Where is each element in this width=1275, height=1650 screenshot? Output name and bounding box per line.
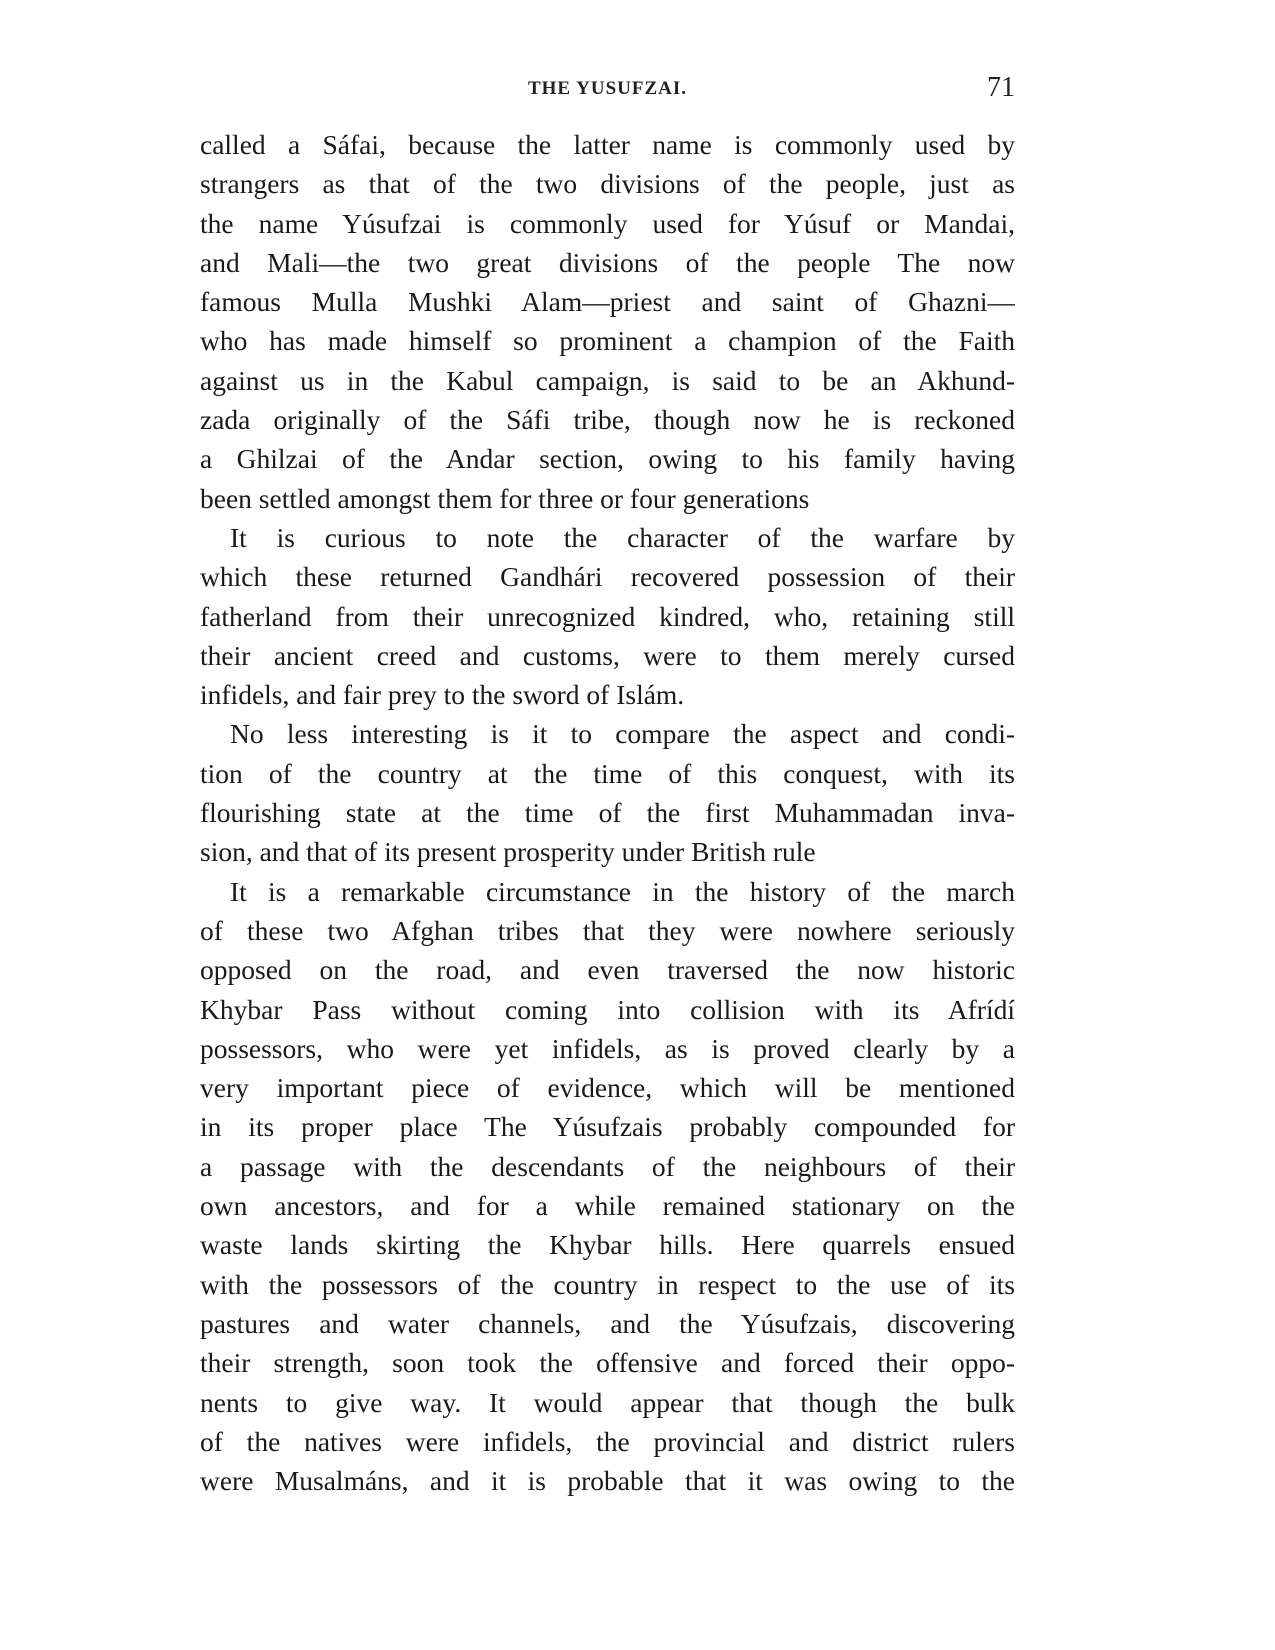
text-line: It is a remarkable circumstance in the h… [200, 872, 1015, 911]
text-line: a Ghilzai of the Andar section, owing to… [200, 439, 1015, 478]
text-line: a passage with the descendants of the ne… [200, 1147, 1015, 1186]
text-line: opposed on the road, and even traversed … [200, 950, 1015, 989]
page-number: 71 [987, 72, 1015, 104]
text-line: nents to give way. It would appear that … [200, 1383, 1015, 1422]
text-line: possessors, who were yet infidels, as is… [200, 1029, 1015, 1068]
running-head: THE YUSUFZAI. 71 [200, 74, 1015, 104]
text-line: of these two Afghan tribes that they wer… [200, 911, 1015, 950]
text-line: been settled amongst them for three or f… [200, 479, 1015, 518]
paragraph-1: called a Sáfai, because the latter name … [200, 125, 1015, 518]
text-line: in its proper place The Yúsufzais probab… [200, 1107, 1015, 1146]
text-line: own ancestors, and for a while remained … [200, 1186, 1015, 1225]
text-line: their ancient creed and customs, were to… [200, 636, 1015, 675]
text-line: Khybar Pass without coming into collisio… [200, 990, 1015, 1029]
text-line: the name Yúsufzai is commonly used for Y… [200, 204, 1015, 243]
text-line: waste lands skirting the Khybar hills. H… [200, 1225, 1015, 1264]
text-line: of the natives were infidels, the provin… [200, 1422, 1015, 1461]
text-line: strangers as that of the two divisions o… [200, 164, 1015, 203]
text-line: flourishing state at the time of the fir… [200, 793, 1015, 832]
text-line: with the possessors of the country in re… [200, 1265, 1015, 1304]
text-line: tion of the country at the time of this … [200, 754, 1015, 793]
text-line: which these returned Gandhári recovered … [200, 557, 1015, 596]
text-line: who has made himself so prominent a cham… [200, 321, 1015, 360]
text-line: and Mali—the two great divisions of the … [200, 243, 1015, 282]
paragraph-3: No less interesting is it to compare the… [200, 714, 1015, 871]
text-line: No less interesting is it to compare the… [200, 714, 1015, 753]
text-line: famous Mulla Mushki Alam—priest and sain… [200, 282, 1015, 321]
text-line: sion, and that of its present prosperity… [200, 832, 1015, 871]
text-line: infidels, and fair prey to the sword of … [200, 675, 1015, 714]
body-text: called a Sáfai, because the latter name … [200, 125, 1015, 1500]
book-page: THE YUSUFZAI. 71 called a Sáfai, because… [0, 0, 1275, 1650]
running-title: THE YUSUFZAI. [200, 78, 1015, 100]
text-line: fatherland from their unrecognized kindr… [200, 597, 1015, 636]
text-line: pastures and water channels, and the Yús… [200, 1304, 1015, 1343]
text-line: their strength, soon took the offensive … [200, 1343, 1015, 1382]
text-line: were Musalmáns, and it is probable that … [200, 1461, 1015, 1500]
paragraph-2: It is curious to note the character of t… [200, 518, 1015, 714]
text-line: very important piece of evidence, which … [200, 1068, 1015, 1107]
text-line: zada originally of the Sáfi tribe, thoug… [200, 400, 1015, 439]
paragraph-4: It is a remarkable circumstance in the h… [200, 872, 1015, 1501]
text-line: against us in the Kabul campaign, is sai… [200, 361, 1015, 400]
text-line: It is curious to note the character of t… [200, 518, 1015, 557]
text-line: called a Sáfai, because the latter name … [200, 125, 1015, 164]
